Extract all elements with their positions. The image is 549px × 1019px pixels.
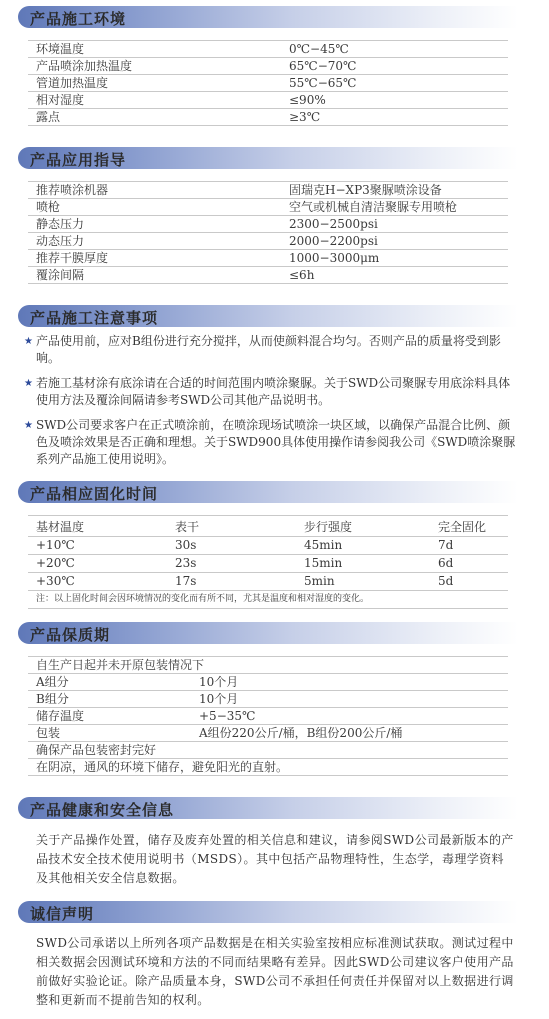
table-row: 覆涂间隔≤6h — [28, 267, 508, 284]
cure-table: 基材温度 表干 步行强度 完全固化 +10℃30s45min7d +20℃23s… — [28, 515, 508, 609]
table-row: 产品喷涂加热温度65℃−70℃ — [28, 58, 508, 75]
section-header-safety: 产品健康和安全信息 — [18, 797, 518, 819]
table-row: 在阴凉，通风的环境下储存，避免阳光的直射。 — [28, 759, 508, 776]
section-title: 产品相应固化时间 — [30, 483, 158, 504]
table-row: B组分10个月 — [28, 691, 508, 708]
section-header-cure: 产品相应固化时间 — [18, 481, 518, 503]
section-title: 产品施工注意事项 — [30, 307, 158, 328]
section-title: 产品应用指导 — [30, 149, 126, 170]
table-row: +20℃23s15min6d — [28, 555, 508, 573]
section-title: 产品保质期 — [30, 624, 110, 645]
list-item: ★产品使用前，应对B组份进行充分搅拌，从而使颜料混合均匀。否则产品的质量将受到影… — [26, 333, 516, 367]
table-row: 推荐干膜厚度1000−3000μm — [28, 250, 508, 267]
table-row: +10℃30s45min7d — [28, 537, 508, 555]
table-row: 自生产日起并未开原包装情况下 — [28, 657, 508, 674]
section-header-guide: 产品应用指导 — [18, 147, 518, 169]
section-title: 产品健康和安全信息 — [30, 799, 174, 820]
section-header-notes: 产品施工注意事项 — [18, 305, 518, 327]
table-row: 储存温度+5−35℃ — [28, 708, 508, 725]
table-row: 确保产品包装密封完好 — [28, 742, 508, 759]
table-row: 包装A组份220公斤/桶，B组份200公斤/桶 — [28, 725, 508, 742]
section-title: 产品施工环境 — [30, 8, 126, 29]
table-row: 推荐喷涂机器固瑞克H−XP3聚脲喷涂设备 — [28, 182, 508, 199]
table-row: A组分10个月 — [28, 674, 508, 691]
guide-table: 推荐喷涂机器固瑞克H−XP3聚脲喷涂设备 喷枪空气或机械自清洁聚脲专用喷枪 静态… — [28, 181, 508, 284]
table-row: 动态压力2000−2200psi — [28, 233, 508, 250]
star-icon: ★ — [24, 417, 33, 434]
table-row: 露点≥3℃ — [28, 109, 508, 126]
section-header-env: 产品施工环境 — [18, 6, 518, 28]
notes-list: ★产品使用前，应对B组份进行充分搅拌，从而使颜料混合均匀。否则产品的质量将受到影… — [26, 333, 516, 476]
cure-footnote: 注：以上固化时间会因环境情况的变化而有所不同，尤其是温度和相对湿度的变化。 — [28, 591, 508, 609]
table-footnote-row: 注：以上固化时间会因环境情况的变化而有所不同，尤其是温度和相对湿度的变化。 — [28, 591, 508, 609]
section-header-shelf: 产品保质期 — [18, 622, 518, 644]
section-header-integrity: 诚信声明 — [18, 901, 518, 923]
table-header-row: 基材温度 表干 步行强度 完全固化 — [28, 516, 508, 537]
star-icon: ★ — [24, 375, 33, 392]
table-row: 相对湿度≤90% — [28, 92, 508, 109]
table-row: 管道加热温度55℃−65℃ — [28, 75, 508, 92]
table-row: 喷枪空气或机械自清洁聚脲专用喷枪 — [28, 199, 508, 216]
star-icon: ★ — [24, 333, 33, 350]
section-title: 诚信声明 — [30, 903, 94, 924]
shelf-table: 自生产日起并未开原包装情况下 A组分10个月 B组分10个月 储存温度+5−35… — [28, 656, 508, 776]
table-row: +30℃17s5min5d — [28, 573, 508, 591]
list-item: ★SWD公司要求客户在正式喷涂前，在喷涂现场试喷涂一块区域，以确保产品混合比例、… — [26, 417, 516, 468]
table-row: 静态压力2300−2500psi — [28, 216, 508, 233]
integrity-paragraph: SWD公司承诺以上所列各项产品数据是在相关实验室按相应标准测试获取。测试过程中相… — [36, 934, 516, 1010]
safety-paragraph: 关于产品操作处置，储存及废弃处置的相关信息和建议，请参阅SWD公司最新版本的产品… — [36, 831, 516, 888]
list-item: ★若施工基材涂有底涂请在合适的时间范围内喷涂聚脲。关于SWD公司聚脲专用底涂料具… — [26, 375, 516, 409]
table-row: 环境温度0℃−45℃ — [28, 41, 508, 58]
env-table: 环境温度0℃−45℃ 产品喷涂加热温度65℃−70℃ 管道加热温度55℃−65℃… — [28, 40, 508, 126]
